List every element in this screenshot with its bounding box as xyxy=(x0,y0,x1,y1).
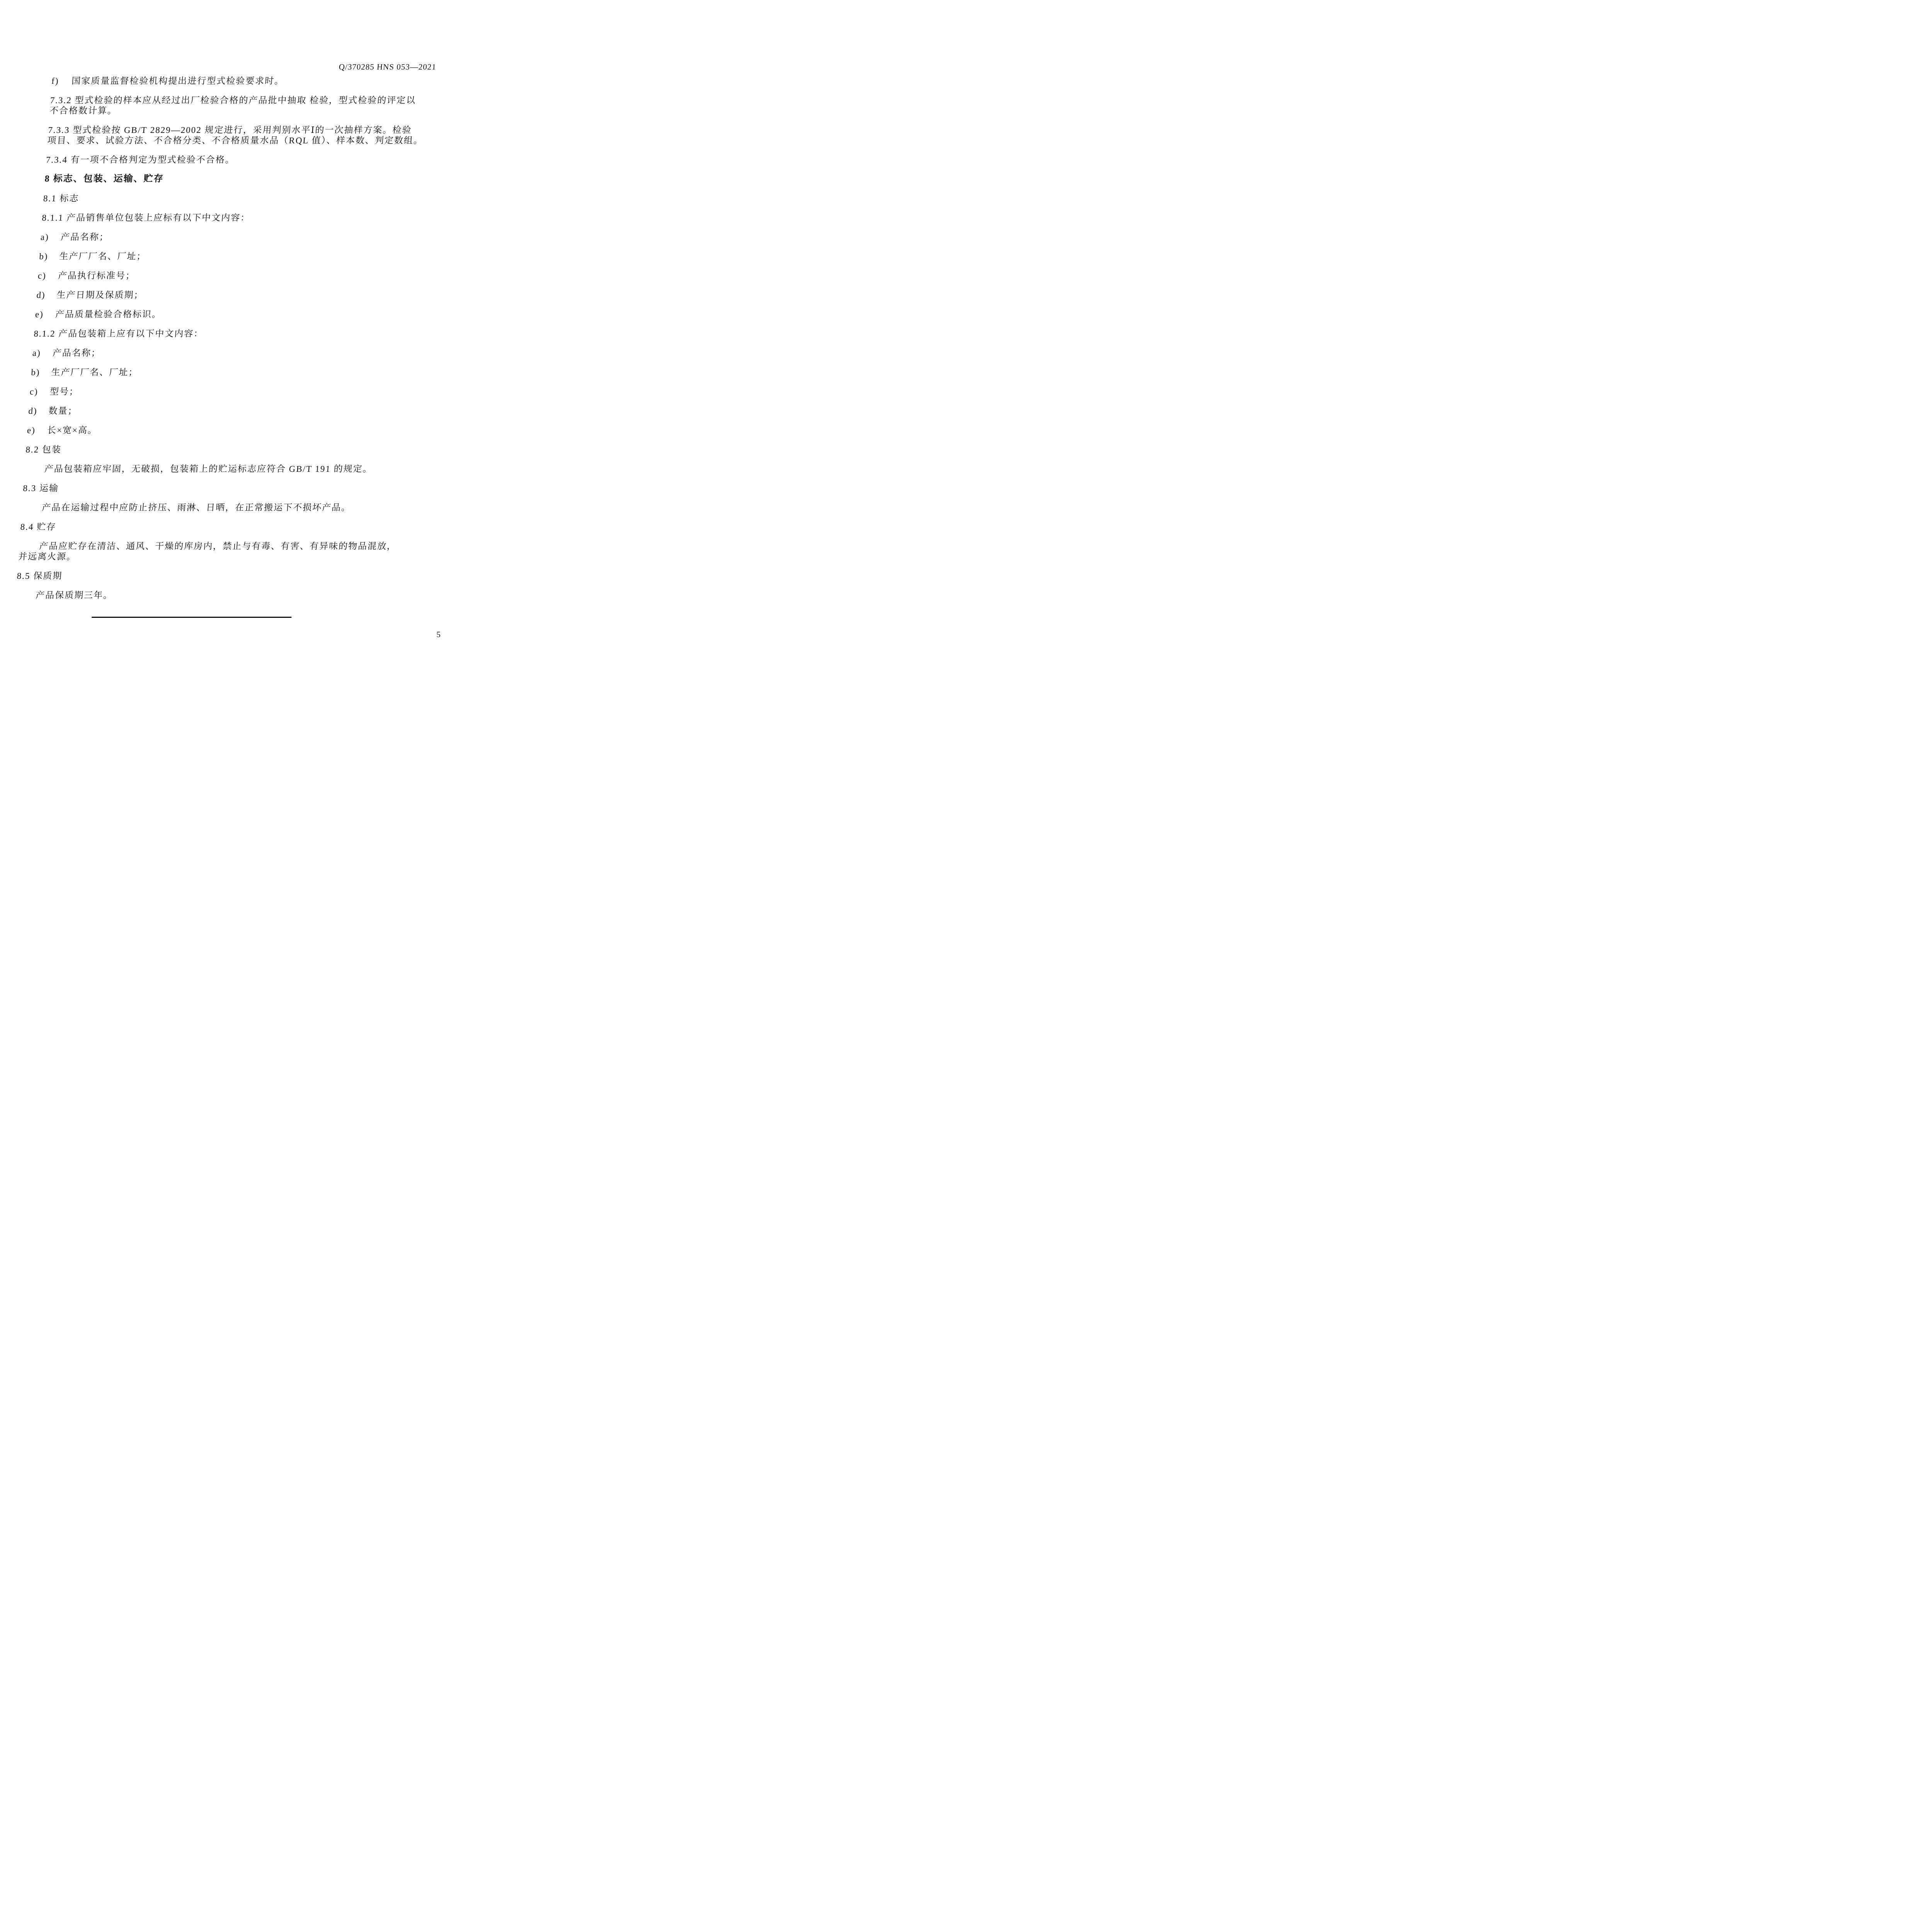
paragraph-line: 8.1.1 产品销售单位包装上应标有以下中文内容： xyxy=(42,213,426,223)
list-item: b)生产厂厂名、厂址； xyxy=(31,367,415,378)
document-page: Q/370285 HNS 053—2021 f)国家质量监督检验机构提出进行型式… xyxy=(0,0,479,678)
list-item-label: a) xyxy=(32,348,53,358)
clause-paragraph: 7.3.3 型式检验按 GB/T 2829—2002 规定进行，采用判别水平Ⅰ的… xyxy=(47,125,432,146)
paragraph-line: 产品应贮存在清洁、通风、干燥的库房内，禁止与有毒、有害、有异味的物品混放， xyxy=(19,541,403,551)
clause-paragraph: 7.3.2 型式检验的样本应从经过出厂检验合格的产品批中抽取 检验，型式检验的评… xyxy=(49,95,434,116)
list-item-label: f) xyxy=(51,76,72,86)
list-item: f)国家质量监督检验机构提出进行型式检验要求时。 xyxy=(51,76,435,86)
list-item-text: 生产厂厂名、厂址； xyxy=(59,252,147,261)
indented-paragraph: 产品保质期三年。 xyxy=(15,590,400,600)
paragraph-line: 8.1.2 产品包装箱上应有以下中文内容： xyxy=(34,328,418,339)
subsection-heading: 8.1 标志 xyxy=(43,193,427,204)
list-item-text: 生产日期及保质期； xyxy=(56,290,144,300)
list-item: e)长×宽×高。 xyxy=(27,425,411,435)
subsection-heading: 8.5 保质期 xyxy=(17,571,401,581)
document-body: f)国家质量监督检验机构提出进行型式检验要求时。7.3.2 型式检验的样本应从经… xyxy=(14,76,435,618)
document-content: Q/370285 HNS 053—2021 f)国家质量监督检验机构提出进行型式… xyxy=(0,0,479,618)
paragraph-line: 7.3.4 有一项不合格判定为型式检验不合格。 xyxy=(46,155,430,165)
list-item: a)产品名称； xyxy=(32,348,417,358)
list-item: c)型号； xyxy=(29,386,414,397)
page-number: 5 xyxy=(437,630,441,639)
list-item-text: 数量； xyxy=(48,406,78,416)
list-item-label: e) xyxy=(27,425,48,435)
list-item-text: 生产厂厂名、厂址； xyxy=(51,367,139,377)
paragraph-line: 产品包装箱应牢固，无破损，包装箱上的贮运标志应符合 GB/T 191 的规定。 xyxy=(24,464,408,474)
list-item-text: 国家质量监督检验机构提出进行型式检验要求时。 xyxy=(71,76,284,86)
indented-paragraph: 产品包装箱应牢固，无破损，包装箱上的贮运标志应符合 GB/T 191 的规定。 xyxy=(24,464,408,474)
list-item: b)生产厂厂名、厂址； xyxy=(39,251,424,262)
list-item-label: c) xyxy=(29,386,50,397)
list-item-text: 型号； xyxy=(49,387,79,396)
list-item-text: 产品质量检验合格标识。 xyxy=(55,310,162,319)
list-item-text: 产品执行标准号； xyxy=(58,271,136,281)
list-item: a)产品名称； xyxy=(40,232,425,242)
list-item-label: a) xyxy=(40,232,61,242)
list-item-label: e) xyxy=(35,309,56,320)
paragraph-line: 并远离火源。 xyxy=(18,551,402,562)
subsection-heading: 8.2 包装 xyxy=(26,444,410,455)
indented-paragraph: 产品应贮存在清洁、通风、干燥的库房内，禁止与有毒、有害、有异味的物品混放，并远离… xyxy=(18,541,403,562)
clause-paragraph: 7.3.4 有一项不合格判定为型式检验不合格。 xyxy=(46,155,430,165)
list-item-label: b) xyxy=(39,251,60,262)
paragraph-line: 7.3.3 型式检验按 GB/T 2829—2002 规定进行，采用判别水平Ⅰ的… xyxy=(48,125,432,135)
list-item-label: c) xyxy=(37,270,58,281)
list-item-label: d) xyxy=(36,290,57,300)
subsection-heading: 8.4 贮存 xyxy=(20,522,405,532)
paragraph-line: 产品保质期三年。 xyxy=(15,590,400,600)
list-item-label: b) xyxy=(31,367,52,378)
list-item-label: d) xyxy=(28,406,49,416)
paragraph-line: 不合格数计算。 xyxy=(49,105,434,116)
clause-paragraph: 8.1.1 产品销售单位包装上应标有以下中文内容： xyxy=(42,213,426,223)
list-item: c)产品执行标准号； xyxy=(37,270,422,281)
subsection-heading: 8.3 运输 xyxy=(23,483,407,493)
paragraph-line: 项目、要求、试验方法、不合格分类、不合格质量水品（RQL 值）、样本数、判定数组… xyxy=(47,135,432,146)
list-item: d)生产日期及保质期； xyxy=(36,290,421,300)
list-item: e)产品质量检验合格标识。 xyxy=(35,309,419,320)
list-item-text: 产品名称； xyxy=(60,232,109,242)
list-item-text: 长×宽×高。 xyxy=(47,425,98,435)
list-item-text: 产品名称； xyxy=(52,348,101,358)
section-divider xyxy=(14,617,398,618)
paragraph-line: 7.3.2 型式检验的样本应从经过出厂检验合格的产品批中抽取 检验，型式检验的评… xyxy=(50,95,434,105)
list-item: d)数量； xyxy=(28,406,413,416)
paragraph-line: 产品在运输过程中应防止挤压、雨淋、日晒，在正常搬运下不损坏产品。 xyxy=(21,502,406,513)
section-heading: 8 标志、包装、运输、贮存 xyxy=(44,174,429,184)
divider-rule xyxy=(92,617,291,618)
standard-code-header: Q/370285 HNS 053—2021 xyxy=(52,62,437,72)
indented-paragraph: 产品在运输过程中应防止挤压、雨淋、日晒，在正常搬运下不损坏产品。 xyxy=(21,502,406,513)
clause-paragraph: 8.1.2 产品包装箱上应有以下中文内容： xyxy=(34,328,418,339)
